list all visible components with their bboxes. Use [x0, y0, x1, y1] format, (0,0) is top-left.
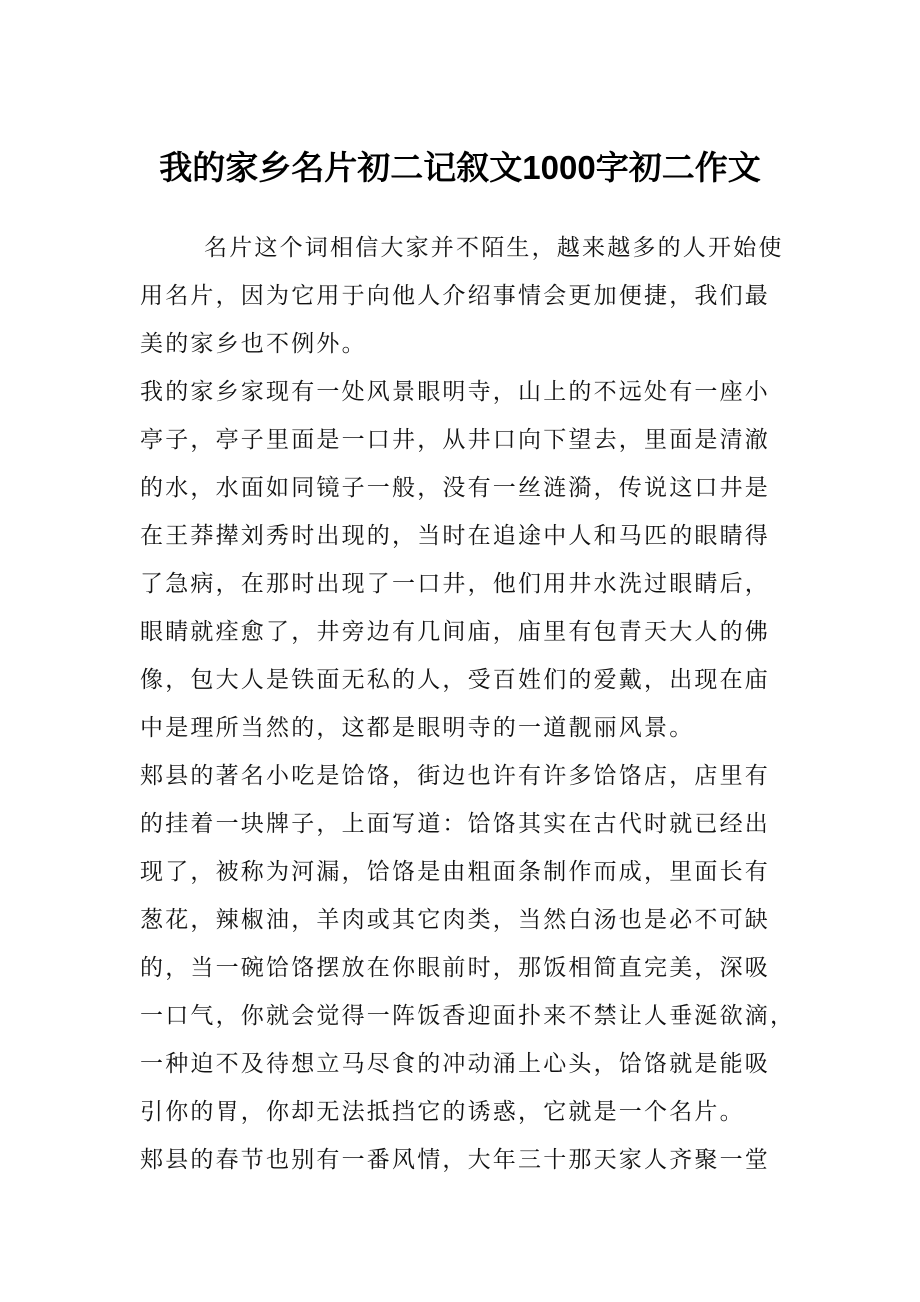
paragraph-temple: 我的家乡家现有一处风景眼明寺，山上的不远处有一座小 亭子，亭子里面是一口井，从井… [140, 368, 790, 752]
text-line: 的挂着一块牌子，上面写道：饸饹其实在古代时就已经出 [140, 800, 790, 848]
text-line: 用名片，因为它用于向他人介绍事情会更加便捷，我们最 [140, 272, 790, 320]
paragraph-intro: 名片这个词相信大家并不陌生，越来越多的人开始使 用名片，因为它用于向他人介绍事情… [140, 224, 790, 368]
document-body: 名片这个词相信大家并不陌生，越来越多的人开始使 用名片，因为它用于向他人介绍事情… [140, 224, 790, 1184]
text-line: 的水，水面如同镜子一般，没有一丝涟漪，传说这口井是 [140, 464, 790, 512]
text-line: 引你的胃，你却无法抵挡它的诱惑，它就是一个名片。 [140, 1088, 790, 1136]
text-line: 中是理所当然的，这都是眼明寺的一道靓丽风景。 [140, 704, 790, 752]
text-line: 的，当一碗饸饹摆放在你眼前时，那饭相简直完美，深吸 [140, 944, 790, 992]
paragraph-snack: 郏县的著名小吃是饸饹，街边也许有许多饸饹店，店里有 的挂着一块牌子，上面写道：饸… [140, 752, 790, 1136]
text-line: 在王莽撵刘秀时出现的，当时在追途中人和马匹的眼睛得 [140, 512, 790, 560]
text-line: 眼睛就痊愈了，井旁边有几间庙，庙里有包青天大人的佛 [140, 608, 790, 656]
paragraph-spring-festival: 郏县的春节也别有一番风情，大年三十那天家人齐聚一堂 [140, 1136, 790, 1184]
text-line: 了急病，在那时出现了一口井，他们用井水洗过眼睛后， [140, 560, 790, 608]
document-title: 我的家乡名片初二记叙文1000字初二作文 [0, 144, 920, 192]
text-line: 现了，被称为河漏，饸饹是由粗面条制作而成，里面长有 [140, 848, 790, 896]
text-line: 我的家乡家现有一处风景眼明寺，山上的不远处有一座小 [140, 368, 790, 416]
text-line: 郏县的著名小吃是饸饹，街边也许有许多饸饹店，店里有 [140, 752, 790, 800]
text-line: 美的家乡也不例外。 [140, 320, 790, 368]
text-line: 亭子，亭子里面是一口井，从井口向下望去，里面是清澈 [140, 416, 790, 464]
document-page: 我的家乡名片初二记叙文1000字初二作文 名片这个词相信大家并不陌生，越来越多的… [0, 0, 920, 1302]
text-line: 一种迫不及待想立马尽食的冲动涌上心头，饸饹就是能吸 [140, 1040, 790, 1088]
text-line: 郏县的春节也别有一番风情，大年三十那天家人齐聚一堂 [140, 1136, 790, 1184]
text-line: 像，包大人是铁面无私的人，受百姓们的爱戴，出现在庙 [140, 656, 790, 704]
text-line: 葱花，辣椒油，羊肉或其它肉类，当然白汤也是必不可缺 [140, 896, 790, 944]
text-line: 名片这个词相信大家并不陌生，越来越多的人开始使 [140, 224, 790, 272]
text-line: 一口气，你就会觉得一阵饭香迎面扑来不禁让人垂涎欲滴， [140, 992, 790, 1040]
